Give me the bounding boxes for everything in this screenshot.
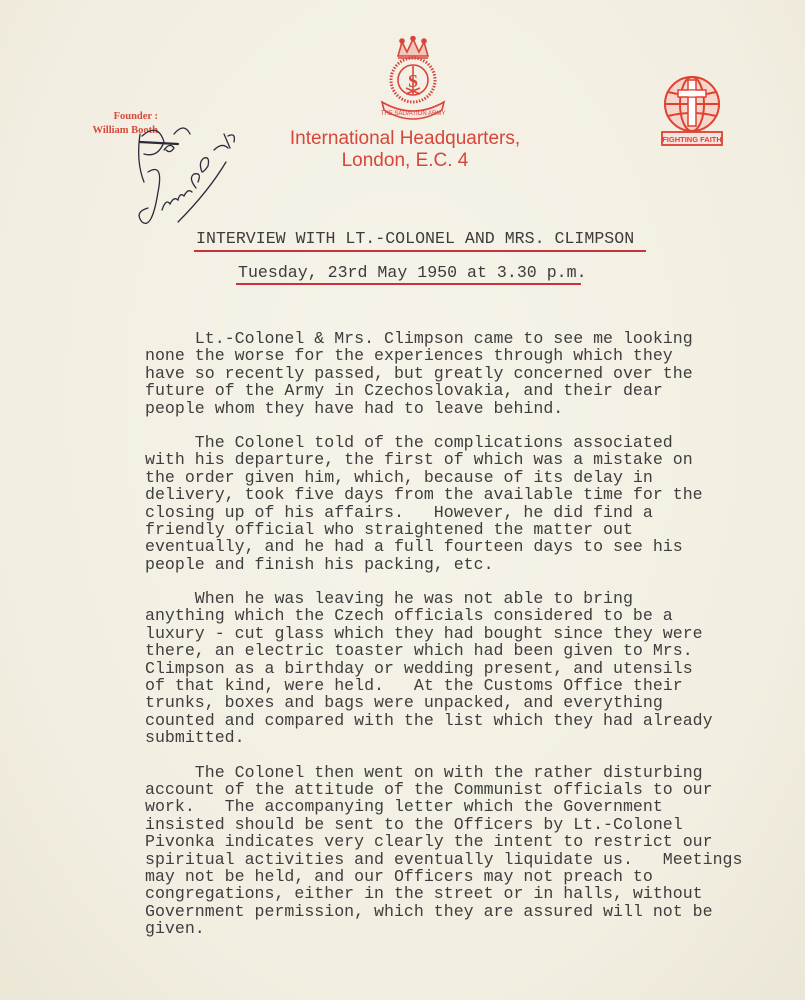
text-line: closing up of his affairs. However, he d… bbox=[145, 504, 785, 521]
title-underline bbox=[194, 250, 646, 252]
text-line: friendly official who straightened the m… bbox=[145, 521, 785, 538]
text-line: the order given him, which, because of i… bbox=[145, 469, 785, 486]
text-line: Government permission, which they are as… bbox=[145, 903, 785, 920]
text-line: of that kind, were held. At the Customs … bbox=[145, 677, 785, 694]
paragraph-1: Lt.-Colonel & Mrs. Climpson came to see … bbox=[145, 330, 785, 417]
text-line: Pivonka indicates very clearly the inten… bbox=[145, 833, 785, 850]
text-line: future of the Army in Czechoslovakia, an… bbox=[145, 382, 785, 399]
paragraph-3: When he was leaving he was not able to b… bbox=[145, 590, 785, 747]
salvation-army-crest-icon: S THE SALVATION ARMY bbox=[378, 36, 448, 126]
paragraph-2: The Colonel told of the complications as… bbox=[145, 434, 785, 573]
document-date: Tuesday, 23rd May 1950 at 3.30 p.m. bbox=[238, 263, 587, 283]
text-line: anything which the Czech officials consi… bbox=[145, 607, 785, 624]
text-line: have so recently passed, but greatly con… bbox=[145, 365, 785, 382]
text-line: account of the attitude of the Communist… bbox=[145, 781, 785, 798]
text-line: The Colonel told of the complications as… bbox=[145, 434, 785, 451]
text-line: The Colonel then went on with the rather… bbox=[145, 764, 785, 781]
hq-line-1: International Headquarters, bbox=[270, 128, 540, 150]
text-line: none the worse for the experiences throu… bbox=[145, 347, 785, 364]
document-page: Founder : William Booth S THE SALVATION … bbox=[0, 0, 805, 1000]
fighting-faith-globe-icon: FIGHTING FAITH bbox=[653, 72, 731, 150]
headquarters-address: International Headquarters, London, E.C.… bbox=[270, 128, 540, 172]
paragraph-4: The Colonel then went on with the rather… bbox=[145, 764, 785, 938]
text-line: delivery, took five days from the availa… bbox=[145, 486, 785, 503]
text-line: may not be held, and our Officers may no… bbox=[145, 868, 785, 885]
text-line: When he was leaving he was not able to b… bbox=[145, 590, 785, 607]
document-title: INTERVIEW WITH LT.-COLONEL AND MRS. CLIM… bbox=[196, 229, 634, 249]
text-line: people whom they have had to leave behin… bbox=[145, 400, 785, 417]
text-line: given. bbox=[145, 920, 785, 937]
text-line: counted and compared with the list which… bbox=[145, 712, 785, 729]
hq-line-2: London, E.C. 4 bbox=[270, 150, 540, 172]
date-underline bbox=[236, 283, 581, 285]
document-body: Lt.-Colonel & Mrs. Climpson came to see … bbox=[145, 330, 785, 955]
text-line: luxury - cut glass which they had bought… bbox=[145, 625, 785, 642]
text-line: congregations, either in the street or i… bbox=[145, 885, 785, 902]
text-line: work. The accompanying letter which the … bbox=[145, 798, 785, 815]
text-line: people and finish his packing, etc. bbox=[145, 556, 785, 573]
text-line: eventually, and he had a full fourteen d… bbox=[145, 538, 785, 555]
text-line: spiritual activities and eventually liqu… bbox=[145, 851, 785, 868]
text-line: Climpson as a birthday or wedding presen… bbox=[145, 660, 785, 677]
svg-text:FIGHTING FAITH: FIGHTING FAITH bbox=[662, 135, 722, 144]
text-line: insisted should be sent to the Officers … bbox=[145, 816, 785, 833]
text-line: trunks, boxes and bags were unpacked, an… bbox=[145, 694, 785, 711]
text-line: with his departure, the first of which w… bbox=[145, 451, 785, 468]
text-line: submitted. bbox=[145, 729, 785, 746]
handwritten-annotation bbox=[118, 112, 278, 242]
svg-text:THE SALVATION ARMY: THE SALVATION ARMY bbox=[381, 111, 446, 117]
text-line: Lt.-Colonel & Mrs. Climpson came to see … bbox=[145, 330, 785, 347]
text-line: there, an electric toaster which had bee… bbox=[145, 642, 785, 659]
